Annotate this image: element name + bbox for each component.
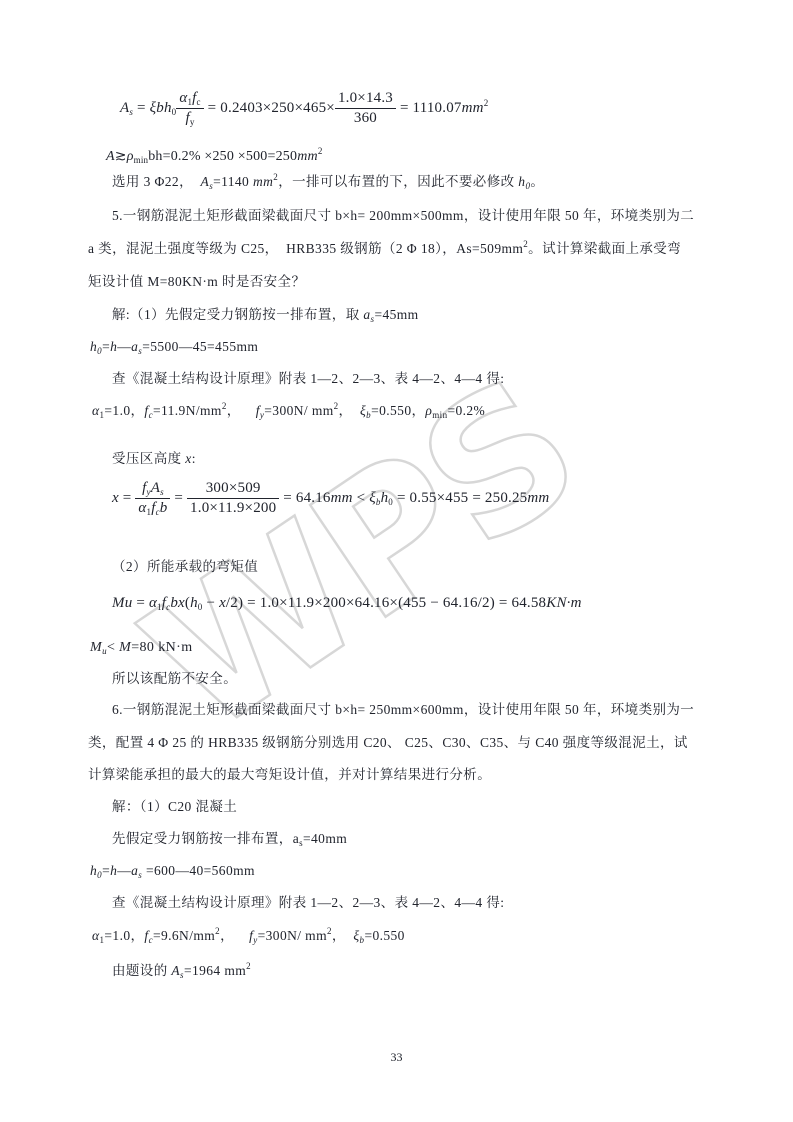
text-run: =9.6N/mm	[153, 928, 215, 943]
text-run: =1140	[213, 174, 253, 189]
math-sub: s	[160, 487, 164, 497]
fraction-numerator: α1fc	[176, 90, 203, 109]
text-run: :	[192, 451, 196, 466]
text-run: =0.2%	[447, 403, 485, 418]
text-run: ，	[220, 928, 249, 943]
text-run: /2) = 1.0×11.9×200×64.16×(455 − 64.16/2)…	[226, 595, 546, 611]
math-var: mm	[527, 490, 549, 506]
line-bar-selection: 选用 3 Φ22， As=1140 mm2，一排可以布置的下，因此不要必修改 h…	[112, 173, 544, 191]
fraction-denominator: 360	[335, 109, 396, 127]
text-run: =80 kN·m	[131, 640, 192, 655]
text-run: 选用 3 Φ22，	[112, 174, 201, 189]
text-run: ，	[227, 403, 256, 418]
para-problem5-line2: a 类，混泥土强度等级为 C25， HRB335 级钢筋（2 Φ 18），As=…	[88, 240, 681, 258]
math-var: mm	[462, 100, 484, 116]
fraction-denominator: 1.0×11.9×200	[187, 499, 279, 517]
superscript: 2	[246, 961, 251, 971]
math-var: A	[120, 100, 129, 116]
text-run: = 64.16	[279, 490, 330, 506]
math-var: mm	[253, 174, 273, 189]
text-run: =	[102, 863, 110, 878]
math-sub: min	[432, 410, 447, 420]
text-run: 。	[530, 174, 544, 189]
page-number: 33	[0, 1050, 793, 1065]
math-var: a	[363, 307, 370, 322]
line-conclusion: 所以该配筋不安全。	[112, 670, 237, 688]
text-run: =	[102, 339, 110, 354]
fraction: fyAsα1fcb	[135, 480, 170, 518]
fraction-numerator: fyAs	[135, 480, 170, 499]
math-var: ξbh	[150, 100, 172, 116]
math-sub: y	[190, 117, 195, 127]
text-run: 解:（1）先假定受力钢筋按一排布置，取	[112, 307, 363, 322]
math-var: h	[190, 595, 198, 611]
line-h0-calc-6: h0=h—as =600—40=560mm	[90, 862, 255, 880]
math-var: A	[201, 174, 210, 189]
math-var: A	[106, 149, 115, 164]
line-material-params: α1=1.0，fc=11.9N/mm2， fy=300N/ mm2， ξb=0.…	[92, 402, 485, 420]
line-as-given: 由题设的 As=1964 mm2	[112, 962, 251, 980]
text-run: 由题设的	[112, 963, 171, 978]
math-var: M	[90, 640, 102, 655]
text-run: =300N/ mm	[258, 928, 327, 943]
para-problem6-line1: 6.一钢筋混泥土矩形截面梁截面尺寸 b×h= 250mm×600mm，设计使用年…	[112, 701, 694, 719]
text-run: —	[117, 863, 131, 878]
math-var: A	[171, 963, 180, 978]
line-min-reinforcement: A≳ρminbh=0.2% ×250 ×500=250mm2	[106, 148, 323, 167]
math-var: α	[92, 928, 100, 943]
text-run: =0.550	[364, 928, 404, 943]
formula-as-required: As = ξbh0α1fcfy = 0.2403×250×465×1.0×14.…	[120, 90, 488, 128]
fraction: 1.0×14.3360	[335, 90, 396, 128]
text-run: = 0.55×455 = 250.25	[393, 490, 527, 506]
text-run: <	[107, 640, 119, 655]
math-var: Mu	[112, 595, 132, 611]
para-problem6-line3: 计算梁能承担的最大的最大弯矩设计值，并对计算结果进行分析。	[88, 766, 491, 784]
text-run: =11.9N/mm	[153, 403, 222, 418]
text-run: —	[117, 339, 131, 354]
text-run: −	[203, 595, 220, 611]
fraction: 300×5091.0×11.9×200	[187, 480, 279, 518]
document-page: WPS As = ξbh0α1fcfy = 0.2403×250×465×1.0…	[0, 0, 793, 1122]
fraction-numerator: 300×509	[187, 480, 279, 499]
text-run: =	[133, 100, 150, 116]
math-var: x	[112, 490, 119, 506]
text-run: =0.550，	[371, 403, 425, 418]
text-run: a 类，混泥土强度等级为 C25， HRB335 级钢筋（2 Φ 18），As=…	[88, 241, 523, 256]
math-var: bx	[170, 595, 185, 611]
text-run: 。试计算梁截面上承受弯	[528, 241, 681, 256]
line-assume-as: 先假定受力钢筋按一排布置，as=40mm	[112, 830, 347, 848]
line-moment-label: （2）所能承载的弯矩值	[112, 558, 258, 576]
formula-x: x = fyAsα1fcb = 300×5091.0×11.9×200 = 64…	[112, 480, 549, 518]
text-run: ，	[339, 403, 360, 418]
math-var: M	[119, 640, 131, 655]
line-compression-zone-label: 受压区高度 x:	[112, 450, 196, 468]
line-table-lookup: 查《混凝土结构设计原理》附表 1—2、2—3、表 4—2、4—4 得:	[112, 370, 504, 388]
para-problem6-line2: 类，配置 4 Φ 25 的 HRB335 级钢筋分别选用 C20、 C25、C3…	[88, 734, 688, 752]
math-var: α	[149, 595, 157, 611]
text-run: =40mm	[303, 831, 347, 846]
line-table-lookup-6: 查《混凝土结构设计原理》附表 1—2、2—3、表 4—2、4—4 得:	[112, 894, 504, 912]
text-run: =5500—45=455mm	[142, 339, 258, 354]
line-solution5-step1: 解:（1）先假定受力钢筋按一排布置，取 as=45mm	[112, 306, 419, 324]
line-solution6-header: 解：（1）C20 混凝土	[112, 798, 237, 816]
text-run: =45mm	[374, 307, 418, 322]
fraction-numerator: 1.0×14.3	[335, 90, 396, 109]
fraction: α1fcfy	[176, 90, 203, 128]
math-var: A	[151, 480, 160, 496]
fraction-denominator: α1fcb	[135, 499, 170, 517]
math-var: α	[92, 403, 100, 418]
text-run: =300N/ mm	[264, 403, 333, 418]
text-run: = 0.2403×250×465×	[204, 100, 335, 116]
math-var: ξ	[369, 490, 376, 506]
text-run: =1.0，	[104, 403, 144, 418]
math-var: α	[138, 500, 146, 516]
math-var: ρ	[127, 149, 134, 164]
text-run: 先假定受力钢筋按一排布置，a	[112, 831, 299, 846]
text-run: =1964 mm	[184, 963, 246, 978]
text-run: <	[353, 490, 370, 506]
math-sub: min	[134, 155, 149, 165]
math-sub: c	[197, 97, 201, 107]
text-run: =	[119, 490, 136, 506]
line-material-params-6: α1=1.0，fc=9.6N/mm2， fy=300N/ mm2， ξb=0.5…	[92, 927, 405, 945]
text-run: =600—40=560mm	[142, 863, 255, 878]
math-var: KN·m	[546, 595, 581, 611]
text-run: bh=0.2% ×250 ×500=250	[148, 149, 297, 164]
text-run: ，一排可以布置的下，因此不要必修改	[278, 174, 518, 189]
formula-mu: Mu = α1fcbx(h0 − x/2) = 1.0×11.9×200×64.…	[112, 593, 582, 613]
math-var: x	[219, 595, 226, 611]
para-problem5-line3: 矩设计值 M=80KN·m 时是否安全？	[88, 273, 305, 291]
text-run: =1.0，	[104, 928, 144, 943]
text-run: ≳	[115, 149, 127, 164]
text-run: 受压区高度	[112, 451, 185, 466]
superscript: 2	[484, 98, 489, 108]
para-problem5-line1: 5.一钢筋混泥土矩形截面梁截面尺寸 b×h= 200mm×500mm，设计使用年…	[112, 207, 694, 225]
superscript: 2	[318, 146, 323, 156]
line-h0-calc: h0=h—as=5500—45=455mm	[90, 338, 258, 356]
math-var: mm	[331, 490, 353, 506]
fraction-denominator: fy	[176, 109, 203, 127]
line-moment-compare: Mu< M=80 kN·m	[90, 639, 193, 658]
text-run: =	[170, 490, 187, 506]
math-var: mm	[297, 149, 318, 164]
text-run: = 1110.07	[396, 100, 462, 116]
text-run: =	[132, 595, 149, 611]
math-var: b	[160, 500, 168, 516]
text-run: ，	[332, 928, 353, 943]
